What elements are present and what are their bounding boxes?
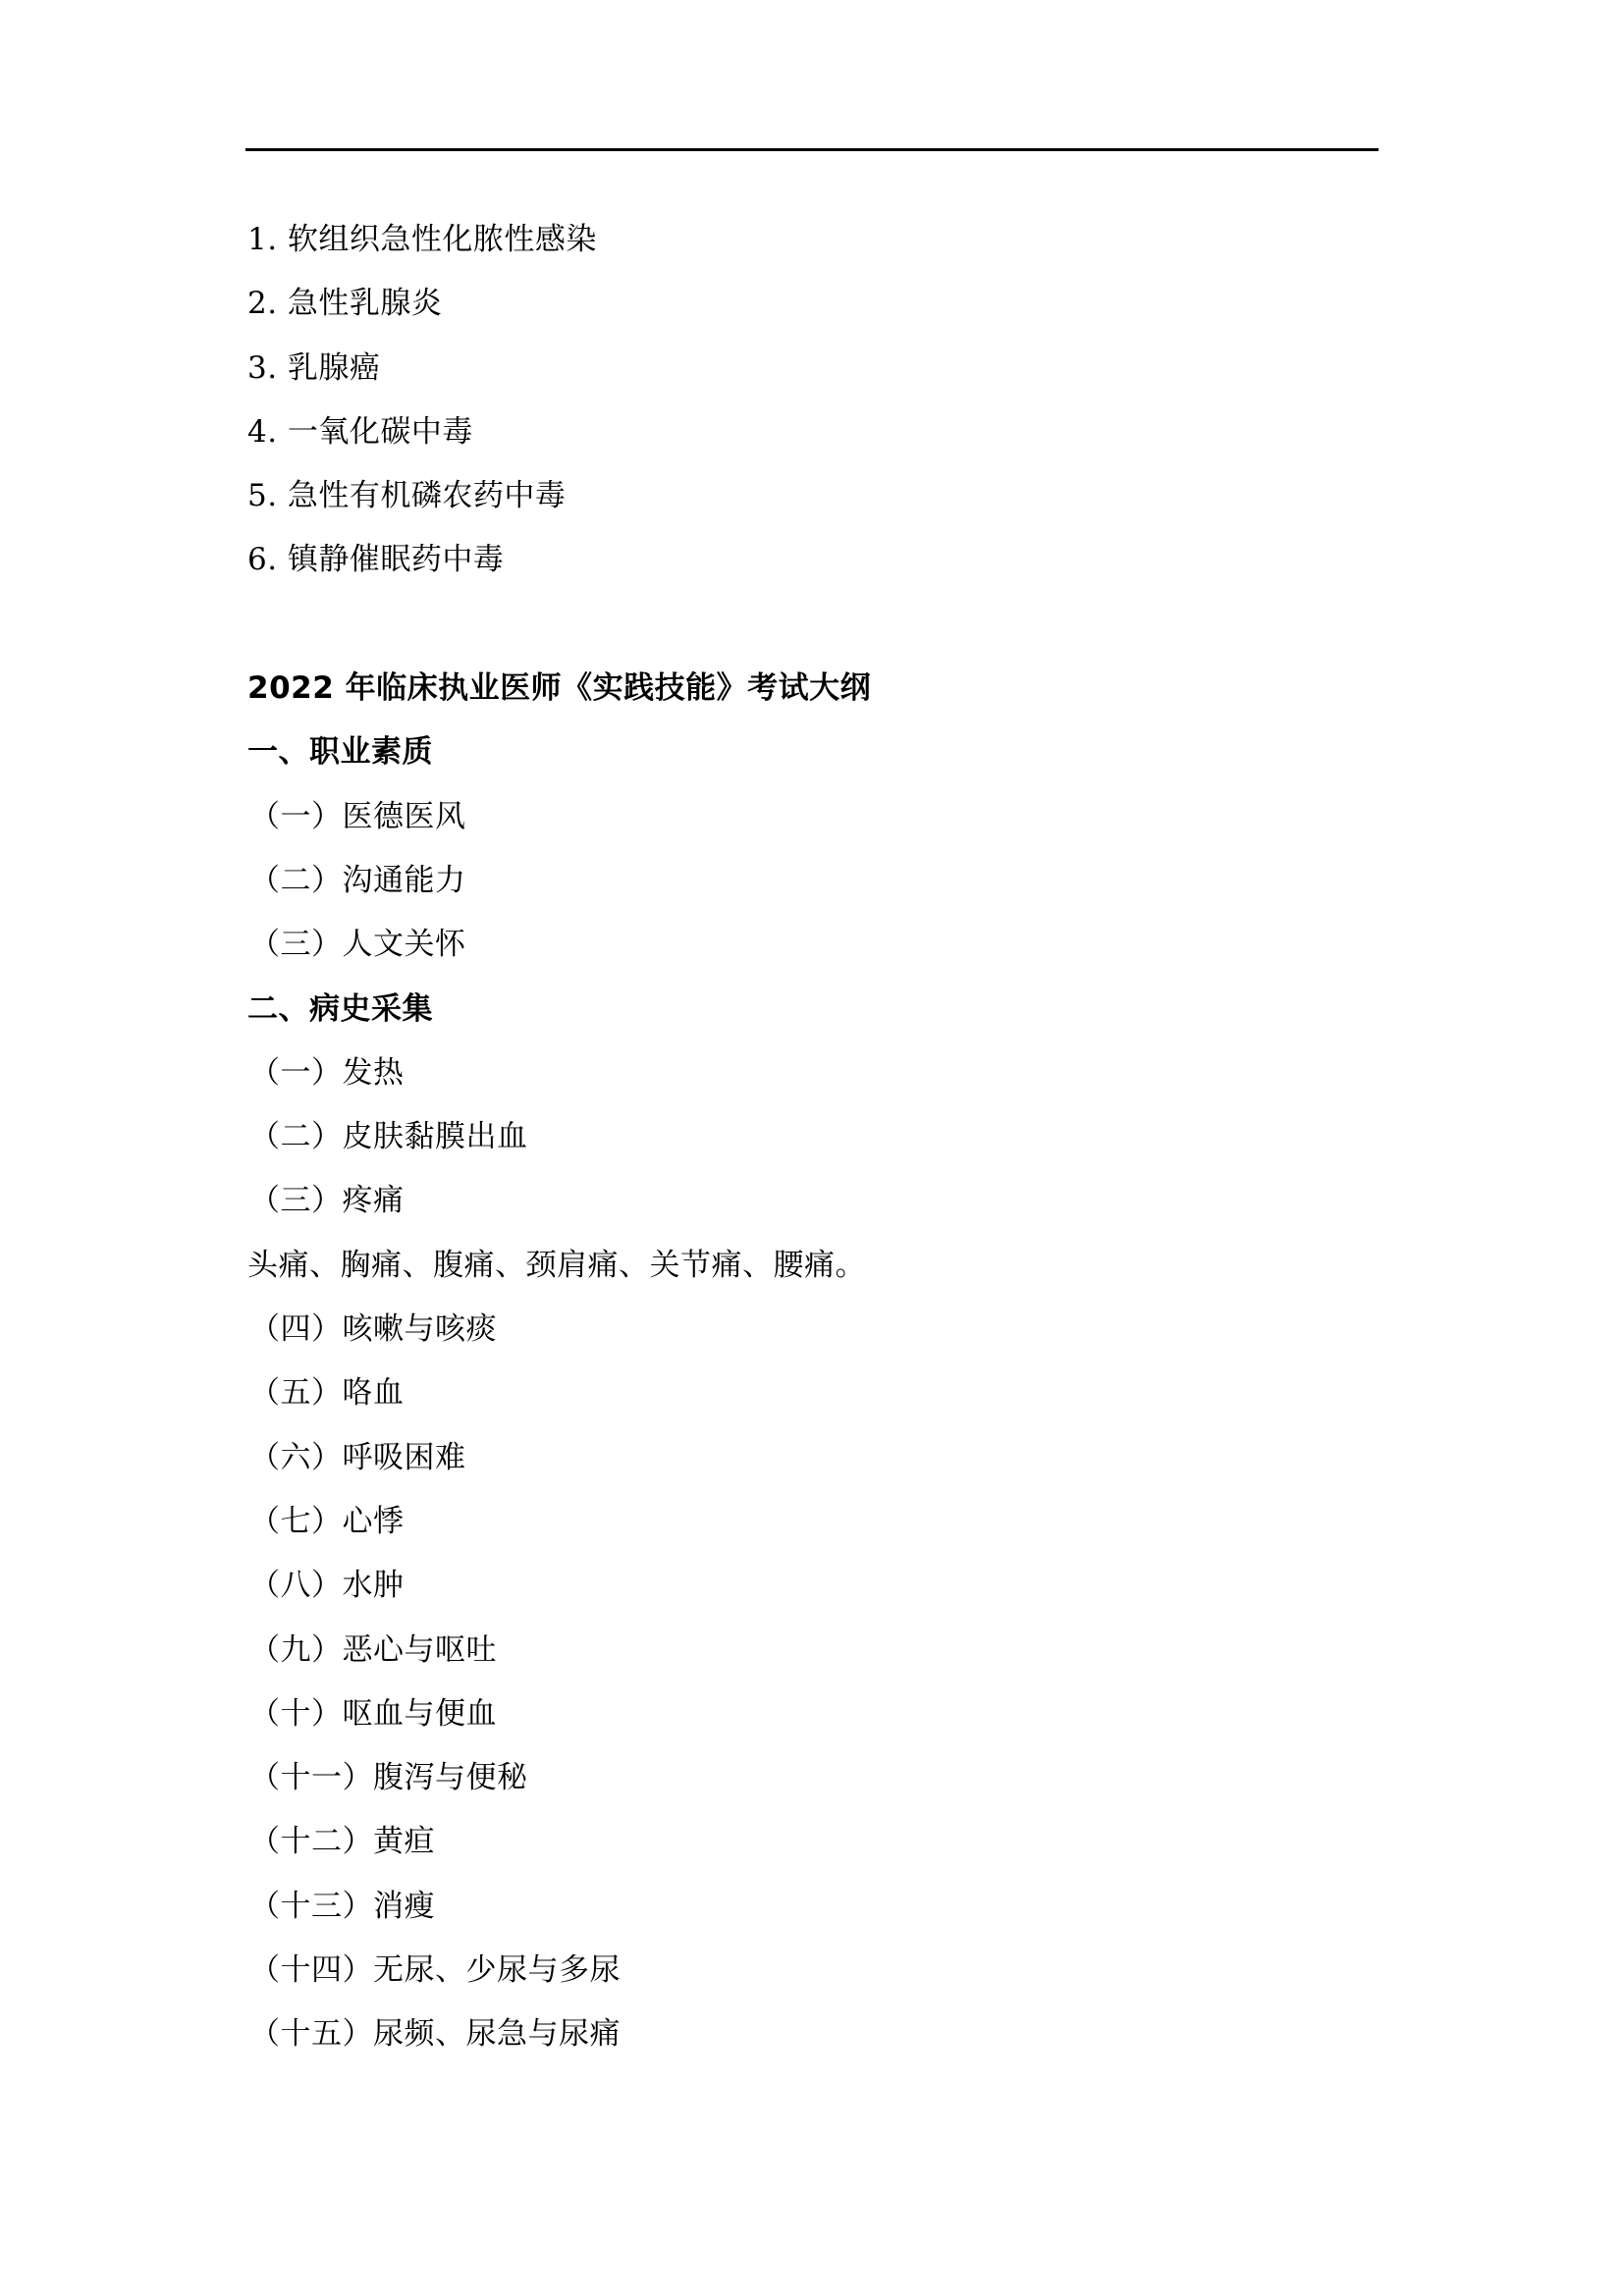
section-item: （一）医德医风 xyxy=(247,785,1377,849)
section-history-taking: 二、病史采集 （一）发热 （二）皮肤黏膜出血 （三）疼痛 头痛、胸痛、腹痛、颈肩… xyxy=(247,978,1377,2067)
section-item: （十一）腹泻与便秘 xyxy=(247,1746,1377,1810)
document-page: 1. 软组织急性化脓性感染 2. 急性乳腺炎 3. 乳腺癌 4. 一氧化碳中毒 … xyxy=(0,0,1624,2296)
section-heading: 二、病史采集 xyxy=(247,978,1377,1041)
section-heading: 一、职业素质 xyxy=(247,721,1377,784)
section-item: （八）水肿 xyxy=(247,1554,1377,1618)
section-item: （十五）尿频、尿急与尿痛 xyxy=(247,2002,1377,2066)
document-body: 1. 软组织急性化脓性感染 2. 急性乳腺炎 3. 乳腺癌 4. 一氧化碳中毒 … xyxy=(247,208,1377,2067)
list-item: 6. 镇静催眠药中毒 xyxy=(247,528,1377,592)
section-item: （五）咯血 xyxy=(247,1362,1377,1425)
section-item: （七）心悸 xyxy=(247,1490,1377,1554)
list-item: 4. 一氧化碳中毒 xyxy=(247,400,1377,464)
section-item: （九）恶心与呕吐 xyxy=(247,1619,1377,1682)
section-item: （三）疼痛 xyxy=(247,1169,1377,1233)
section-item: （四）咳嗽与咳痰 xyxy=(247,1298,1377,1362)
list-item: 2. 急性乳腺炎 xyxy=(247,272,1377,336)
section-item: （一）发热 xyxy=(247,1041,1377,1105)
section-item-detail: 头痛、胸痛、腹痛、颈肩痛、关节痛、腰痛。 xyxy=(247,1234,1377,1298)
spacer xyxy=(247,593,1377,657)
section-item: （十三）消瘦 xyxy=(247,1875,1377,1939)
disease-list: 1. 软组织急性化脓性感染 2. 急性乳腺炎 3. 乳腺癌 4. 一氧化碳中毒 … xyxy=(247,208,1377,593)
document-title: 2022 年临床执业医师《实践技能》考试大纲 xyxy=(247,657,1377,721)
section-item: （十二）黄疸 xyxy=(247,1810,1377,1874)
section-professional-quality: 一、职业素质 （一）医德医风 （二）沟通能力 （三）人文关怀 xyxy=(247,721,1377,977)
list-item: 1. 软组织急性化脓性感染 xyxy=(247,208,1377,272)
list-item: 3. 乳腺癌 xyxy=(247,337,1377,400)
list-item: 5. 急性有机磷农药中毒 xyxy=(247,464,1377,528)
section-item: （十四）无尿、少尿与多尿 xyxy=(247,1939,1377,2002)
section-item: （二）皮肤黏膜出血 xyxy=(247,1105,1377,1169)
section-item: （三）人文关怀 xyxy=(247,913,1377,977)
section-item: （十）呕血与便血 xyxy=(247,1682,1377,1746)
section-item: （二）沟通能力 xyxy=(247,849,1377,913)
section-item: （六）呼吸困难 xyxy=(247,1426,1377,1490)
header-rule-divider xyxy=(245,148,1379,151)
